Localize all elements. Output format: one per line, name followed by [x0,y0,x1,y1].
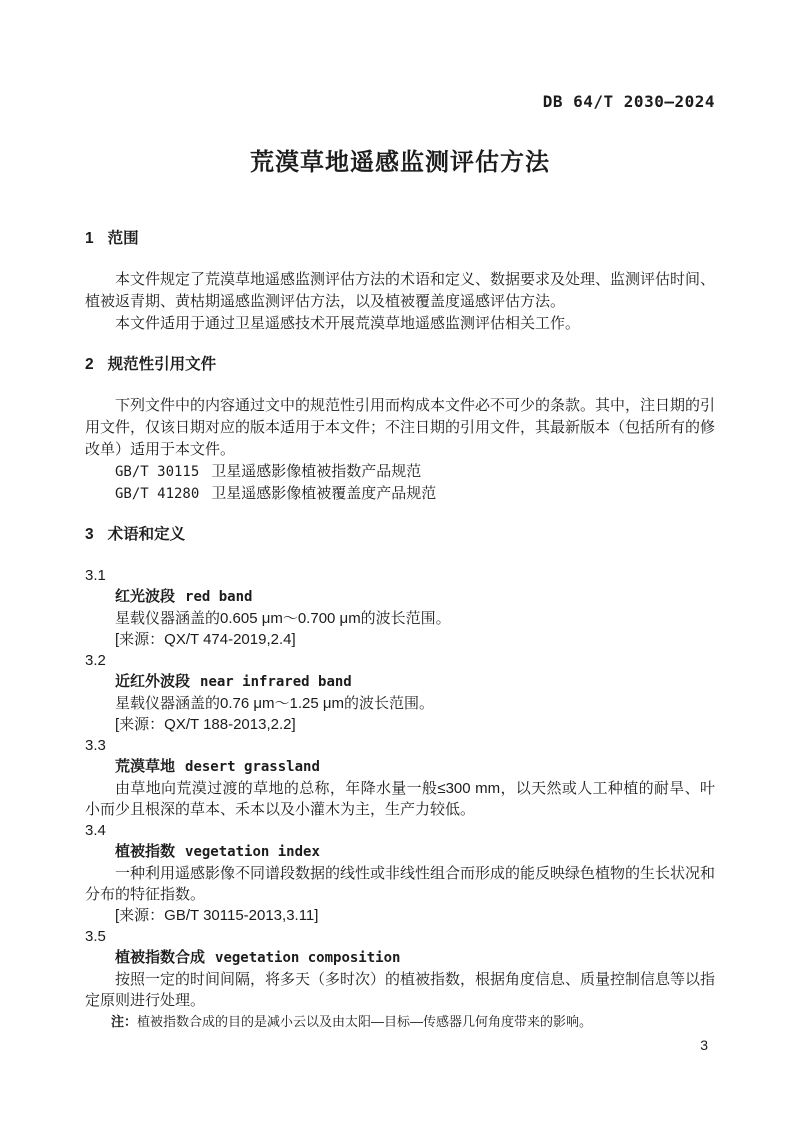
section-references-heading: 2规范性引用文件 [85,355,715,375]
document-content: 1范围 本文件规定了荒漠草地遥感监测评估方法的术语和定义、数据要求及处理、监测评… [0,229,800,1032]
term-title: 植被指数vegetation index [85,841,715,863]
section-title: 范围 [108,230,139,247]
term-title: 红光波段red band [85,586,715,608]
term-name-zh: 近红外波段 [115,673,190,690]
term-name-en: red band [185,589,252,605]
term-item-3-4: 3.4 植被指数vegetation index 一种利用遥感影像不同谱段数据的… [85,820,715,926]
term-number: 3.1 [85,565,715,586]
term-item-3-5: 3.5 植被指数合成vegetation composition 按照一定的时间… [85,926,715,1032]
document-header: DB 64/T 2030—2024 [0,93,800,111]
references-paragraph: 下列文件中的内容通过文中的规范性引用而构成本文件必不可少的条款。其中，注日期的引… [85,395,715,461]
term-note: 注：植被指数合成的目的是减小云以及由太阳—目标—传感器几何角度带来的影响。 [85,1011,715,1032]
term-title: 近红外波段near infrared band [85,671,715,693]
note-text: 植被指数合成的目的是减小云以及由太阳—目标—传感器几何角度带来的影响。 [137,1014,592,1029]
term-source: [来源：QX/T 188-2013,2.2] [85,714,715,735]
reference-title: 卫星遥感影像植被覆盖度产品规范 [211,485,436,502]
scope-paragraph-2: 本文件适用于通过卫星遥感技术开展荒漠草地遥感监测评估相关工作。 [85,313,715,335]
term-item-3-3: 3.3 荒漠草地desert grassland 由草地向荒漠过渡的草地的总称，… [85,735,715,820]
term-title: 荒漠草地desert grassland [85,756,715,778]
term-name-en: vegetation index [185,844,320,860]
term-title: 植被指数合成vegetation composition [85,947,715,969]
section-title: 术语和定义 [108,526,186,543]
reference-code: GB/T 41280 [115,486,199,502]
section-number: 2 [85,356,94,373]
standard-code: DB 64/T 2030—2024 [543,92,715,111]
term-item-3-2: 3.2 近红外波段near infrared band 星载仪器涵盖的0.76 … [85,650,715,735]
term-number: 3.3 [85,735,715,756]
term-definition: 星载仪器涵盖的0.76 μm～1.25 μm的波长范围。 [85,693,715,714]
term-number: 3.2 [85,650,715,671]
section-number: 1 [85,230,94,247]
term-number: 3.5 [85,926,715,947]
reference-title: 卫星遥感影像植被指数产品规范 [211,463,421,480]
document-title: 荒漠草地遥感监测评估方法 [0,147,800,179]
term-definition: 一种利用遥感影像不同谱段数据的线性或非线性组合而形成的能反映绿色植物的生长状况和… [85,863,715,905]
term-name-zh: 荒漠草地 [115,758,175,775]
term-name-en: vegetation composition [215,950,400,966]
term-name-zh: 红光波段 [115,588,175,605]
section-number: 3 [85,526,94,543]
term-item-3-1: 3.1 红光波段red band 星载仪器涵盖的0.605 μm～0.700 μ… [85,565,715,650]
term-name-zh: 植被指数 [115,843,175,860]
section-terms-definitions: 3术语和定义 3.1 红光波段red band 星载仪器涵盖的0.605 μm～… [85,525,715,1032]
section-scope: 1范围 本文件规定了荒漠草地遥感监测评估方法的术语和定义、数据要求及处理、监测评… [85,229,715,335]
term-number: 3.4 [85,820,715,841]
section-terms-heading: 3术语和定义 [85,525,715,545]
terms-list: 3.1 红光波段red band 星载仪器涵盖的0.605 μm～0.700 μ… [85,565,715,1032]
reference-code: GB/T 30115 [115,464,199,480]
document-page: DB 64/T 2030—2024 荒漠草地遥感监测评估方法 1范围 本文件规定… [0,0,800,1132]
term-source: [来源：GB/T 30115-2013,3.11] [85,905,715,926]
scope-paragraph-1: 本文件规定了荒漠草地遥感监测评估方法的术语和定义、数据要求及处理、监测评估时间、… [85,269,715,313]
section-normative-references: 2规范性引用文件 下列文件中的内容通过文中的规范性引用而构成本文件必不可少的条款… [85,355,715,505]
term-source: [来源：QX/T 474-2019,2.4] [85,629,715,650]
term-name-en: near infrared band [200,674,352,690]
section-scope-heading: 1范围 [85,229,715,249]
section-title: 规范性引用文件 [108,356,217,373]
reference-item: GB/T 30115卫星遥感影像植被指数产品规范 [85,461,715,483]
term-name-zh: 植被指数合成 [115,949,205,966]
term-definition: 由草地向荒漠过渡的草地的总称，年降水量一般≤300 mm，以天然或人工种植的耐旱… [85,778,715,820]
reference-list: GB/T 30115卫星遥感影像植被指数产品规范 GB/T 41280卫星遥感影… [85,461,715,505]
term-definition: 按照一定的时间间隔，将多天（多时次）的植被指数，根据角度信息、质量控制信息等以指… [85,969,715,1011]
term-name-en: desert grassland [185,759,320,775]
note-label: 注： [111,1014,137,1029]
page-number: 3 [700,1036,708,1054]
reference-item: GB/T 41280卫星遥感影像植被覆盖度产品规范 [85,483,715,505]
term-definition: 星载仪器涵盖的0.605 μm～0.700 μm的波长范围。 [85,608,715,629]
